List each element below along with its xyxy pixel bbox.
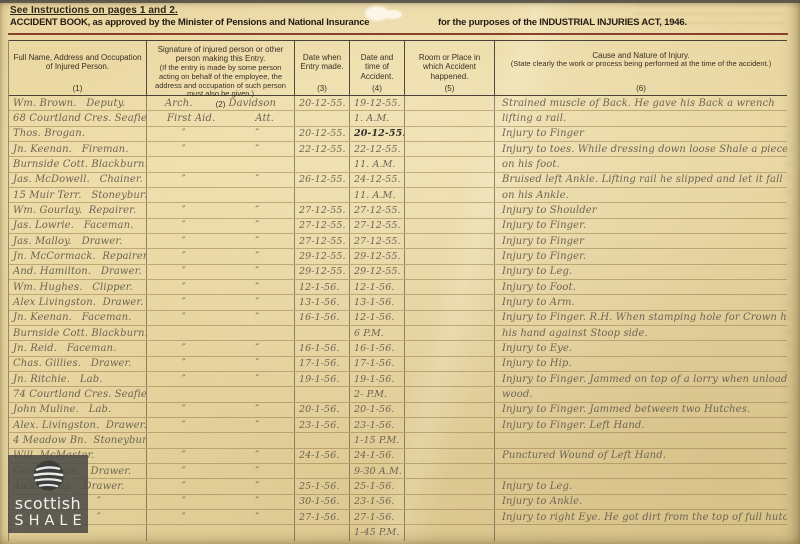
column-label: Room or Place in which Accident happened… [408,45,491,81]
watermark-text-shale: SHALE [14,513,86,530]
instructions-note: See Instructions on pages 1 and 2. [10,5,178,16]
handwritten-entry-date: 24-1-56. [299,450,339,461]
cell-place [404,219,494,233]
cell-signature: ″″ [146,479,294,493]
handwritten-accident-date: 24-12-55. [354,174,401,185]
handwritten-injury: Injury to Finger. [502,220,586,231]
cell-accident-date: 27-12-55. [349,219,404,233]
table-row: Alex. Craig. Drawer. ″″ 25-1-56. 25-1-56… [9,479,787,494]
handwritten-signature: Att. [255,113,274,124]
handwritten-signature: ″ [182,220,186,231]
cell-signature [146,188,294,202]
handwritten-accident-date: 11. A.M. [354,159,396,170]
cell-place [404,142,494,156]
handwritten-entry-date: 27-1-56. [299,512,339,523]
column-header-accident-date: Date and time of Accident. (4) [349,41,404,95]
cell-place [404,357,494,371]
handwritten-signature: ″ [255,512,259,523]
table-row: Jas. Malloy. Drawer. ″″ 27-12-55. 27-12-… [9,234,787,249]
watermark-text-scottish: scottish [15,496,81,513]
table-row: Jn. Reid. Faceman. ″″ 16-1-56. 16-1-56. … [9,341,787,356]
handwritten-signature: ″ [255,481,259,492]
cell-cause-nature-injury: Injury to Finger. Jammed between two Hut… [494,403,787,417]
handwritten-entry-date: 29-12-55. [299,266,346,277]
cell-name-address-occupation: 4 Meadow Bn. Stoneyburn [9,433,146,447]
cell-entry-date: 17-1-56. [294,357,349,371]
cell-signature: First Aid.Att. [146,111,294,125]
handwritten-accident-date: 20-12-55. [354,128,404,139]
column-header-cause: Cause and Nature of Injury.(State clearl… [494,41,787,95]
column-label: Date when Entry made. [298,45,346,72]
cell-name-address-occupation: Jn. Keenan. Fireman. [9,142,146,156]
cell-name-address-occupation: Alex Livingston. Drawer. [9,295,146,309]
handwritten-name: Burnside Cott. Blackburn. [13,328,146,339]
column-label: Full Name, Address and Occupation of Inj… [12,45,143,72]
handwritten-accident-date: 1-45 P.M. [354,527,400,538]
cell-name-address-occupation: Jn. Keenan. Faceman. [9,311,146,325]
cell-cause-nature-injury: Injury to right Eye. He got dirt from th… [494,510,787,524]
cell-place [404,280,494,294]
cell-signature: ″″ [146,203,294,217]
cell-entry-date [294,433,349,447]
cell-entry-date: 16-1-56. [294,311,349,325]
handwritten-signature: ″ [182,282,186,293]
cell-cause-nature-injury: wood. [494,387,787,401]
table-row: Jn. Keenan. Fireman. ″″ 22-12-55. 22-12-… [9,142,787,157]
cell-signature [146,326,294,340]
cell-place [404,387,494,401]
handwritten-signature: Davidson [228,98,276,109]
accident-book-scan: See Instructions on pages 1 and 2. ACCID… [0,0,800,544]
cell-name-address-occupation: Jas. Malloy. Drawer. [9,234,146,248]
table-row: Alex Livingston. Drawer. ″″ 13-1-56. 13-… [9,295,787,310]
handwritten-accident-date: 27-12-55. [354,205,401,216]
cell-place [404,341,494,355]
cell-accident-date: 1-45 P.M. [349,525,404,540]
table-row: John Muline. Lab. ″″ 20-1-56. 20-1-56. I… [9,403,787,418]
cell-accident-date: 20-1-56. [349,403,404,417]
handwritten-name: Wm. Brown. Deputy. [13,98,125,109]
cell-place [404,449,494,463]
page-title: ACCIDENT BOOK, as approved by the Minist… [10,17,795,31]
cell-accident-date: 16-1-56. [349,341,404,355]
cell-accident-date: 12-1-56. [349,311,404,325]
cell-signature: ″″ [146,295,294,309]
handwritten-accident-date: 27-12-55. [354,236,401,247]
handwritten-name: Jn. McCormack. Repairer. [13,251,146,262]
table-body: Wm. Brown. Deputy. Arch.Davidson 20-12-5… [9,96,787,541]
handwritten-accident-date: 1. A.M. [354,113,389,124]
cell-name-address-occupation: Wm. Brown. Deputy. [9,96,146,110]
cell-entry-date: 27-12-55. [294,203,349,217]
column-header-place: Room or Place in which Accident happened… [404,41,494,95]
cell-cause-nature-injury [494,433,787,447]
cell-entry-date: 30-1-56. [294,495,349,509]
handwritten-signature: ″ [182,236,186,247]
handwritten-accident-date: 27-1-56. [354,512,394,523]
cell-place [404,127,494,141]
cell-accident-date: 1. A.M. [349,111,404,125]
cell-accident-date: 17-1-56. [349,357,404,371]
cell-accident-date: 25-1-56. [349,479,404,493]
handwritten-accident-date: 29-12-55. [354,266,401,277]
handwritten-accident-date: 27-12-55. [354,220,401,231]
cell-cause-nature-injury: Injury to Leg. [494,265,787,279]
column-number: (5) [408,83,491,93]
cell-accident-date: 19-1-56. [349,372,404,386]
handwritten-name: Jn. Reid. Faceman. [13,343,116,354]
handwritten-signature: ″ [182,266,186,277]
cell-accident-date: 9-30 A.M. [349,464,404,478]
cell-signature: ″″ [146,142,294,156]
column-number: (4) [353,83,401,93]
cell-entry-date: 27-12-55. [294,234,349,248]
cell-signature: ″″ [146,311,294,325]
handwritten-signature: ″ [182,297,186,308]
cell-place [404,188,494,202]
handwritten-injury: Injury to Eye. [502,343,572,354]
cell-accident-date: 11. A.M. [349,157,404,171]
handwritten-injury: Bruised left Ankle. Lifting rail he slip… [502,174,783,185]
cell-entry-date [294,157,349,171]
title-left: ACCIDENT BOOK, as approved by the Minist… [10,17,369,28]
cell-cause-nature-injury: Injury to Foot. [494,280,787,294]
cell-entry-date: 20-1-56. [294,403,349,417]
cell-name-address-occupation: John Muline. Lab. [9,403,146,417]
handwritten-entry-date: 23-1-56. [299,420,339,431]
cell-signature [146,157,294,171]
cell-name-address-occupation: Jas. McDowell. Chainer. [9,173,146,187]
table-header-row: Full Name, Address and Occupation of Inj… [9,40,787,96]
handwritten-injury: Injury to Leg. [502,266,572,277]
cell-cause-nature-injury: Injury to Finger [494,127,787,141]
cell-place [404,311,494,325]
cell-place [404,96,494,110]
handwritten-signature: ″ [255,297,259,308]
handwritten-injury: Injury to Finger. Jammed between two Hut… [502,404,750,415]
handwritten-signature: ″ [182,466,186,477]
column-header-entry-date: Date when Entry made. (3) [294,41,349,95]
handwritten-injury: Injury to Finger. Jammed on top of a lor… [502,374,787,385]
handwritten-name: Thos. Brogan. [13,128,85,139]
handwritten-entry-date: 12-1-56. [299,282,339,293]
cell-signature: ″″ [146,357,294,371]
handwritten-injury: on his foot. [502,159,560,170]
handwritten-signature: ″ [255,450,259,461]
handwritten-accident-date: 22-12-55. [354,144,401,155]
cell-place [404,510,494,524]
cell-cause-nature-injury: Injury to Hip. [494,357,787,371]
handwritten-entry-date: 19-1-56. [299,374,339,385]
column-label: Date and time of Accident. [353,45,401,81]
cell-signature: ″″ [146,173,294,187]
handwritten-entry-date: 20-12-55. [299,128,346,139]
cell-place [404,418,494,432]
table-row: Burnside Cott. Blackburn. 11. A.M. on hi… [9,157,787,172]
handwritten-name: Jas. McDowell. Chainer. [13,174,143,185]
table-row: Jas. McDowell. Chainer. ″″ 26-12-55. 24-… [9,173,787,188]
cell-cause-nature-injury: Injury to Finger. Left Hand. [494,418,787,432]
cell-entry-date [294,111,349,125]
handwritten-name: 74 Courtland Cres. Seafield. [13,389,146,400]
cell-cause-nature-injury: lifting a rail. [494,111,787,125]
handwritten-signature: ″ [182,343,186,354]
cell-accident-date: 27-12-55. [349,203,404,217]
handwritten-signature: ″ [182,374,186,385]
cell-place [404,265,494,279]
handwritten-name: Alex. Livingston. Drawer. [13,420,146,431]
cell-name-address-occupation: Jn. McCormack. Repairer. [9,249,146,263]
cell-accident-date: 22-12-55. [349,142,404,156]
cell-signature: ″″ [146,403,294,417]
table-row: Will. McMaster. ″″ 24-1-56. 24-1-56. Pun… [9,449,787,464]
cell-cause-nature-injury: Injury to toes. While dressing down loos… [494,142,787,156]
handwritten-signature: ″ [182,251,186,262]
handwritten-signature: ″ [182,420,186,431]
cell-cause-nature-injury: Injury to Ankle. [494,495,787,509]
column-number: (6) [498,83,784,93]
cell-cause-nature-injury: on his Ankle. [494,188,787,202]
handwritten-signature: ″ [255,374,259,385]
cell-place [404,295,494,309]
handwritten-injury: on his Ankle. [502,190,569,201]
table-row: Wm. Gourlay. Repairer. ″″ 27-12-55. 27-1… [9,203,787,218]
column-label: Signature of injured person or other per… [150,45,291,99]
handwritten-injury: Injury to Hip. [502,358,572,369]
globe-icon [30,458,67,495]
handwritten-accident-date: 19-12-55. [354,98,401,109]
handwritten-entry-date: 27-12-55. [299,236,346,247]
cell-name-address-occupation: 15 Muir Terr. Stoneyburn. [9,188,146,202]
cell-entry-date: 27-1-56. [294,510,349,524]
cell-entry-date: 20-12-55. [294,96,349,110]
handwritten-accident-date: 23-1-56. [354,420,394,431]
handwritten-entry-date: 20-1-56. [299,404,339,415]
table-row: ″ ″″ 30-1-56. 23-1-56. Injury to Ankle. [9,495,787,510]
cell-signature: ″″ [146,127,294,141]
handwritten-injury: wood. [502,389,533,400]
cell-place [404,234,494,248]
cell-accident-date: 29-12-55. [349,265,404,279]
cell-accident-date: 11. A.M. [349,188,404,202]
handwritten-accident-date: 17-1-56. [354,358,394,369]
cell-place [404,111,494,125]
cell-entry-date: 22-12-55. [294,142,349,156]
cell-accident-date: 24-1-56. [349,449,404,463]
cell-entry-date [294,464,349,478]
table-row: And. Hamilton. Drawer. ″″ 29-12-55. 29-1… [9,265,787,280]
cell-name-address-occupation: Burnside Cott. Blackburn. [9,157,146,171]
handwritten-signature: ″ [182,496,186,507]
cell-accident-date: 1-15 P.M. [349,433,404,447]
handwritten-name: Jas. Lowrie. Faceman. [13,220,133,231]
handwritten-injury: lifting a rail. [502,113,566,124]
cell-name-address-occupation: 68 Courtland Cres. Seafield. [9,111,146,125]
table-row: ″ ″″ 27-1-56. 27-1-56. Injury to right E… [9,510,787,525]
handwritten-accident-date: 9-30 A.M. [354,466,402,477]
handwritten-name: Alex Livingston. Drawer. [13,297,143,308]
handwritten-name: Wm. Hughes. Clipper. [13,282,133,293]
handwritten-accident-date: 11. A.M. [354,190,396,201]
cell-cause-nature-injury: Injury to Finger. Jammed on top of a lor… [494,372,787,386]
column-label-main: Signature of injured person or other per… [158,45,284,63]
cell-cause-nature-injury: his hand against Stoop side. [494,326,787,340]
cell-cause-nature-injury: on his foot. [494,157,787,171]
cell-cause-nature-injury: Punctured Wound of Left Hand. [494,449,787,463]
handwritten-signature: ″ [182,144,186,155]
handwritten-entry-date: 30-1-56. [299,496,339,507]
cell-signature [146,387,294,401]
handwritten-injury: his hand against Stoop side. [502,328,648,339]
handwritten-name: Burnside Cott. Blackburn. [13,159,146,170]
cell-accident-date: 23-1-56. [349,495,404,509]
cell-cause-nature-injury: Strained muscle of Back. He gave his Bac… [494,96,787,110]
handwritten-name: ″ [97,512,101,523]
title-rule [8,33,788,35]
cell-name-address-occupation: Alex. Livingston. Drawer. [9,418,146,432]
cell-entry-date: 27-12-55. [294,219,349,233]
handwritten-signature: Arch. [165,98,193,109]
handwritten-signature: ″ [182,481,186,492]
handwritten-entry-date: 25-1-56. [299,481,339,492]
cell-cause-nature-injury: Injury to Eye. [494,341,787,355]
cell-accident-date: 29-12-55. [349,249,404,263]
cell-entry-date: 24-1-56. [294,449,349,463]
handwritten-accident-date: 2- P.M. [354,389,387,400]
column-header-signature: Signature of injured person or other per… [146,41,294,95]
table-row: 4 Meadow Bn. Stoneyburn 1-15 P.M. [9,433,787,448]
cell-cause-nature-injury: Injury to Finger. [494,219,787,233]
cell-signature: ″″ [146,265,294,279]
handwritten-accident-date: 13-1-56. [354,297,394,308]
handwritten-injury: Injury to Foot. [502,282,576,293]
table-row: 74 Courtland Cres. Seafield. 2- P.M. woo… [9,387,787,402]
handwritten-injury: Strained muscle of Back. He gave his Bac… [502,98,775,109]
handwritten-signature: ″ [255,174,259,185]
handwritten-signature: ″ [255,420,259,431]
table-row: Jn. McCormack. Repairer. ″″ 29-12-55. 29… [9,249,787,264]
watermark-scottish-shale: scottish SHALE [8,455,88,533]
cell-place [404,249,494,263]
handwritten-entry-date: 17-1-56. [299,358,339,369]
column-label-sub: (If the entry is made by some person act… [150,64,291,99]
handwritten-signature: ″ [255,282,259,293]
handwritten-entry-date: 20-12-55. [299,98,346,109]
handwritten-signature: ″ [255,220,259,231]
handwritten-entry-date: 13-1-56. [299,297,339,308]
table-row: Burnside Cott. Blackburn. 6 P.M. his han… [9,326,787,341]
handwritten-entry-date: 26-12-55. [299,174,346,185]
handwritten-injury: Injury to right Eye. He got dirt from th… [502,512,787,523]
handwritten-accident-date: 29-12-55. [354,251,401,262]
handwritten-name: 4 Meadow Bn. Stoneyburn [13,435,146,446]
handwritten-signature: ″ [255,144,259,155]
cell-name-address-occupation: Wm. Hughes. Clipper. [9,280,146,294]
handwritten-name: ″ [97,496,101,507]
handwritten-accident-date: 12-1-56. [354,282,394,293]
cell-signature: ″″ [146,249,294,263]
cell-entry-date: 20-12-55. [294,127,349,141]
table-row: 1-45 P.M. [9,525,787,540]
handwritten-name: And. Hamilton. Drawer. [13,266,142,277]
scan-top-edge [0,0,800,3]
cell-signature: ″″ [146,234,294,248]
column-number: (3) [298,83,346,93]
handwritten-entry-date: 16-1-56. [299,312,339,323]
handwritten-accident-date: 19-1-56. [354,374,394,385]
cell-cause-nature-injury: Injury to Leg. [494,479,787,493]
cell-place [404,479,494,493]
cell-entry-date: 23-1-56. [294,418,349,432]
column-label: Cause and Nature of Injury.(State clearl… [498,45,784,69]
handwritten-injury: Injury to Finger. Left Hand. [502,420,645,431]
column-header-name: Full Name, Address and Occupation of Inj… [9,41,146,95]
handwritten-injury: Injury to Finger [502,236,584,247]
cell-name-address-occupation: 74 Courtland Cres. Seafield. [9,387,146,401]
handwritten-accident-date: 1-15 P.M. [354,435,400,446]
handwritten-signature: ″ [182,404,186,415]
table-row: Jn. Keenan. Faceman. ″″ 16-1-56. 12-1-56… [9,311,787,326]
cell-entry-date: 16-1-56. [294,341,349,355]
table-row: Jn. Ritchie. Lab. ″″ 19-1-56. 19-1-56. I… [9,372,787,387]
handwritten-entry-date: 29-12-55. [299,251,346,262]
handwritten-signature: ″ [255,496,259,507]
cell-signature: ″″ [146,449,294,463]
cell-name-address-occupation: Wm. Gourlay. Repairer. [9,203,146,217]
paper-damage-spot [366,7,388,20]
cell-cause-nature-injury: Injury to Finger. [494,249,787,263]
table-row: Jas. Lowrie. Faceman. ″″ 27-12-55. 27-12… [9,219,787,234]
handwritten-injury: Injury to Arm. [502,297,575,308]
cell-signature: ″″ [146,280,294,294]
cell-cause-nature-injury: Injury to Finger. R.H. When stamping hol… [494,311,787,325]
cell-name-address-occupation: Thos. Brogan. [9,127,146,141]
handwritten-injury: Injury to Shoulder [502,205,597,216]
handwritten-signature: ″ [255,128,259,139]
handwritten-entry-date: 27-12-55. [299,205,346,216]
handwritten-injury: Injury to Finger. [502,251,586,262]
handwritten-signature: ″ [182,174,186,185]
cell-place [404,495,494,509]
cell-cause-nature-injury: Injury to Shoulder [494,203,787,217]
table-row: Geo. Craigie. Drawer. ″″ 9-30 A.M. [9,464,787,479]
cell-entry-date [294,326,349,340]
cell-place [404,525,494,540]
cell-name-address-occupation: Jn. Reid. Faceman. [9,341,146,355]
handwritten-injury: Injury to Finger. R.H. When stamping hol… [502,312,787,323]
handwritten-signature: First Aid. [167,113,215,124]
handwritten-name: Jas. Malloy. Drawer. [13,236,122,247]
table-row: Wm. Brown. Deputy. Arch.Davidson 20-12-5… [9,96,787,111]
table-row: 15 Muir Terr. Stoneyburn. 11. A.M. on hi… [9,188,787,203]
handwritten-signature: ″ [182,312,186,323]
cell-signature: ″″ [146,372,294,386]
cell-signature [146,433,294,447]
handwritten-signature: ″ [255,343,259,354]
cell-accident-date: 12-1-56. [349,280,404,294]
cell-name-address-occupation: And. Hamilton. Drawer. [9,265,146,279]
handwritten-injury: Injury to Finger [502,128,584,139]
cell-name-address-occupation: Chas. Gillies. Drawer. [9,357,146,371]
cell-place [404,433,494,447]
handwritten-signature: ″ [182,205,186,216]
cell-accident-date: 20-12-55. [349,127,404,141]
cell-place [404,326,494,340]
handwritten-signature: ″ [255,312,259,323]
handwritten-signature: ″ [255,404,259,415]
handwritten-signature: ″ [182,450,186,461]
handwritten-injury: Punctured Wound of Left Hand. [502,450,666,461]
